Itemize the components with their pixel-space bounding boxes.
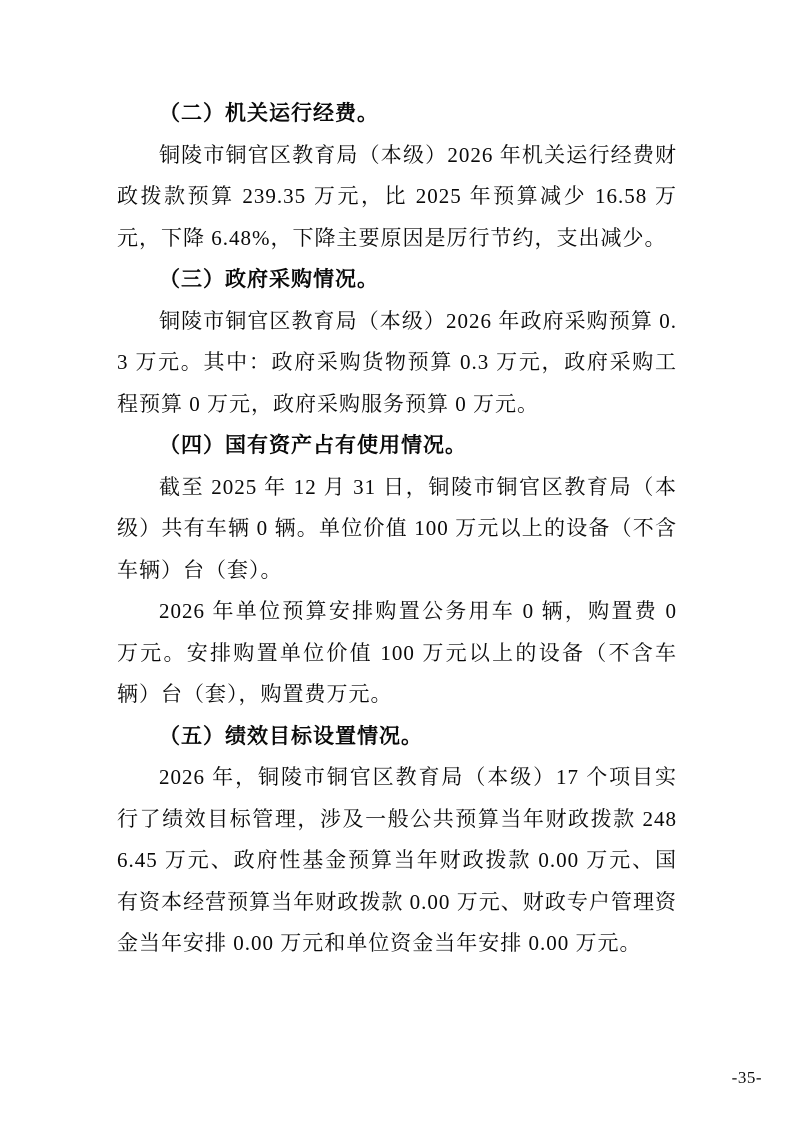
document-page: （二）机关运行经费。 铜陵市铜官区教育局（本级）2026 年机关运行经费财政拨款…	[0, 0, 793, 1122]
paragraph-agency-operating-funds: 铜陵市铜官区教育局（本级）2026 年机关运行经费财政拨款预算 239.35 万…	[117, 135, 677, 260]
section-heading-government-procurement: （三）政府采购情况。	[117, 259, 677, 301]
paragraph-government-procurement: 铜陵市铜官区教育局（本级）2026 年政府采购预算 0.3 万元。其中：政府采购…	[117, 301, 677, 426]
page-number: -35-	[732, 1066, 762, 1090]
page-content: （二）机关运行经费。 铜陵市铜官区教育局（本级）2026 年机关运行经费财政拨款…	[117, 93, 677, 965]
paragraph-state-assets-current: 截至 2025 年 12 月 31 日，铜陵市铜官区教育局（本级）共有车辆 0 …	[117, 467, 677, 592]
paragraph-performance-targets: 2026 年，铜陵市铜官区教育局（本级）17 个项目实行了绩效目标管理，涉及一般…	[117, 757, 677, 965]
section-heading-performance-targets: （五）绩效目标设置情况。	[117, 716, 677, 758]
section-heading-agency-operating-funds: （二）机关运行经费。	[117, 93, 677, 135]
paragraph-state-assets-planned: 2026 年单位预算安排购置公务用车 0 辆，购置费 0 万元。安排购置单位价值…	[117, 591, 677, 716]
section-heading-state-assets: （四）国有资产占有使用情况。	[117, 425, 677, 467]
